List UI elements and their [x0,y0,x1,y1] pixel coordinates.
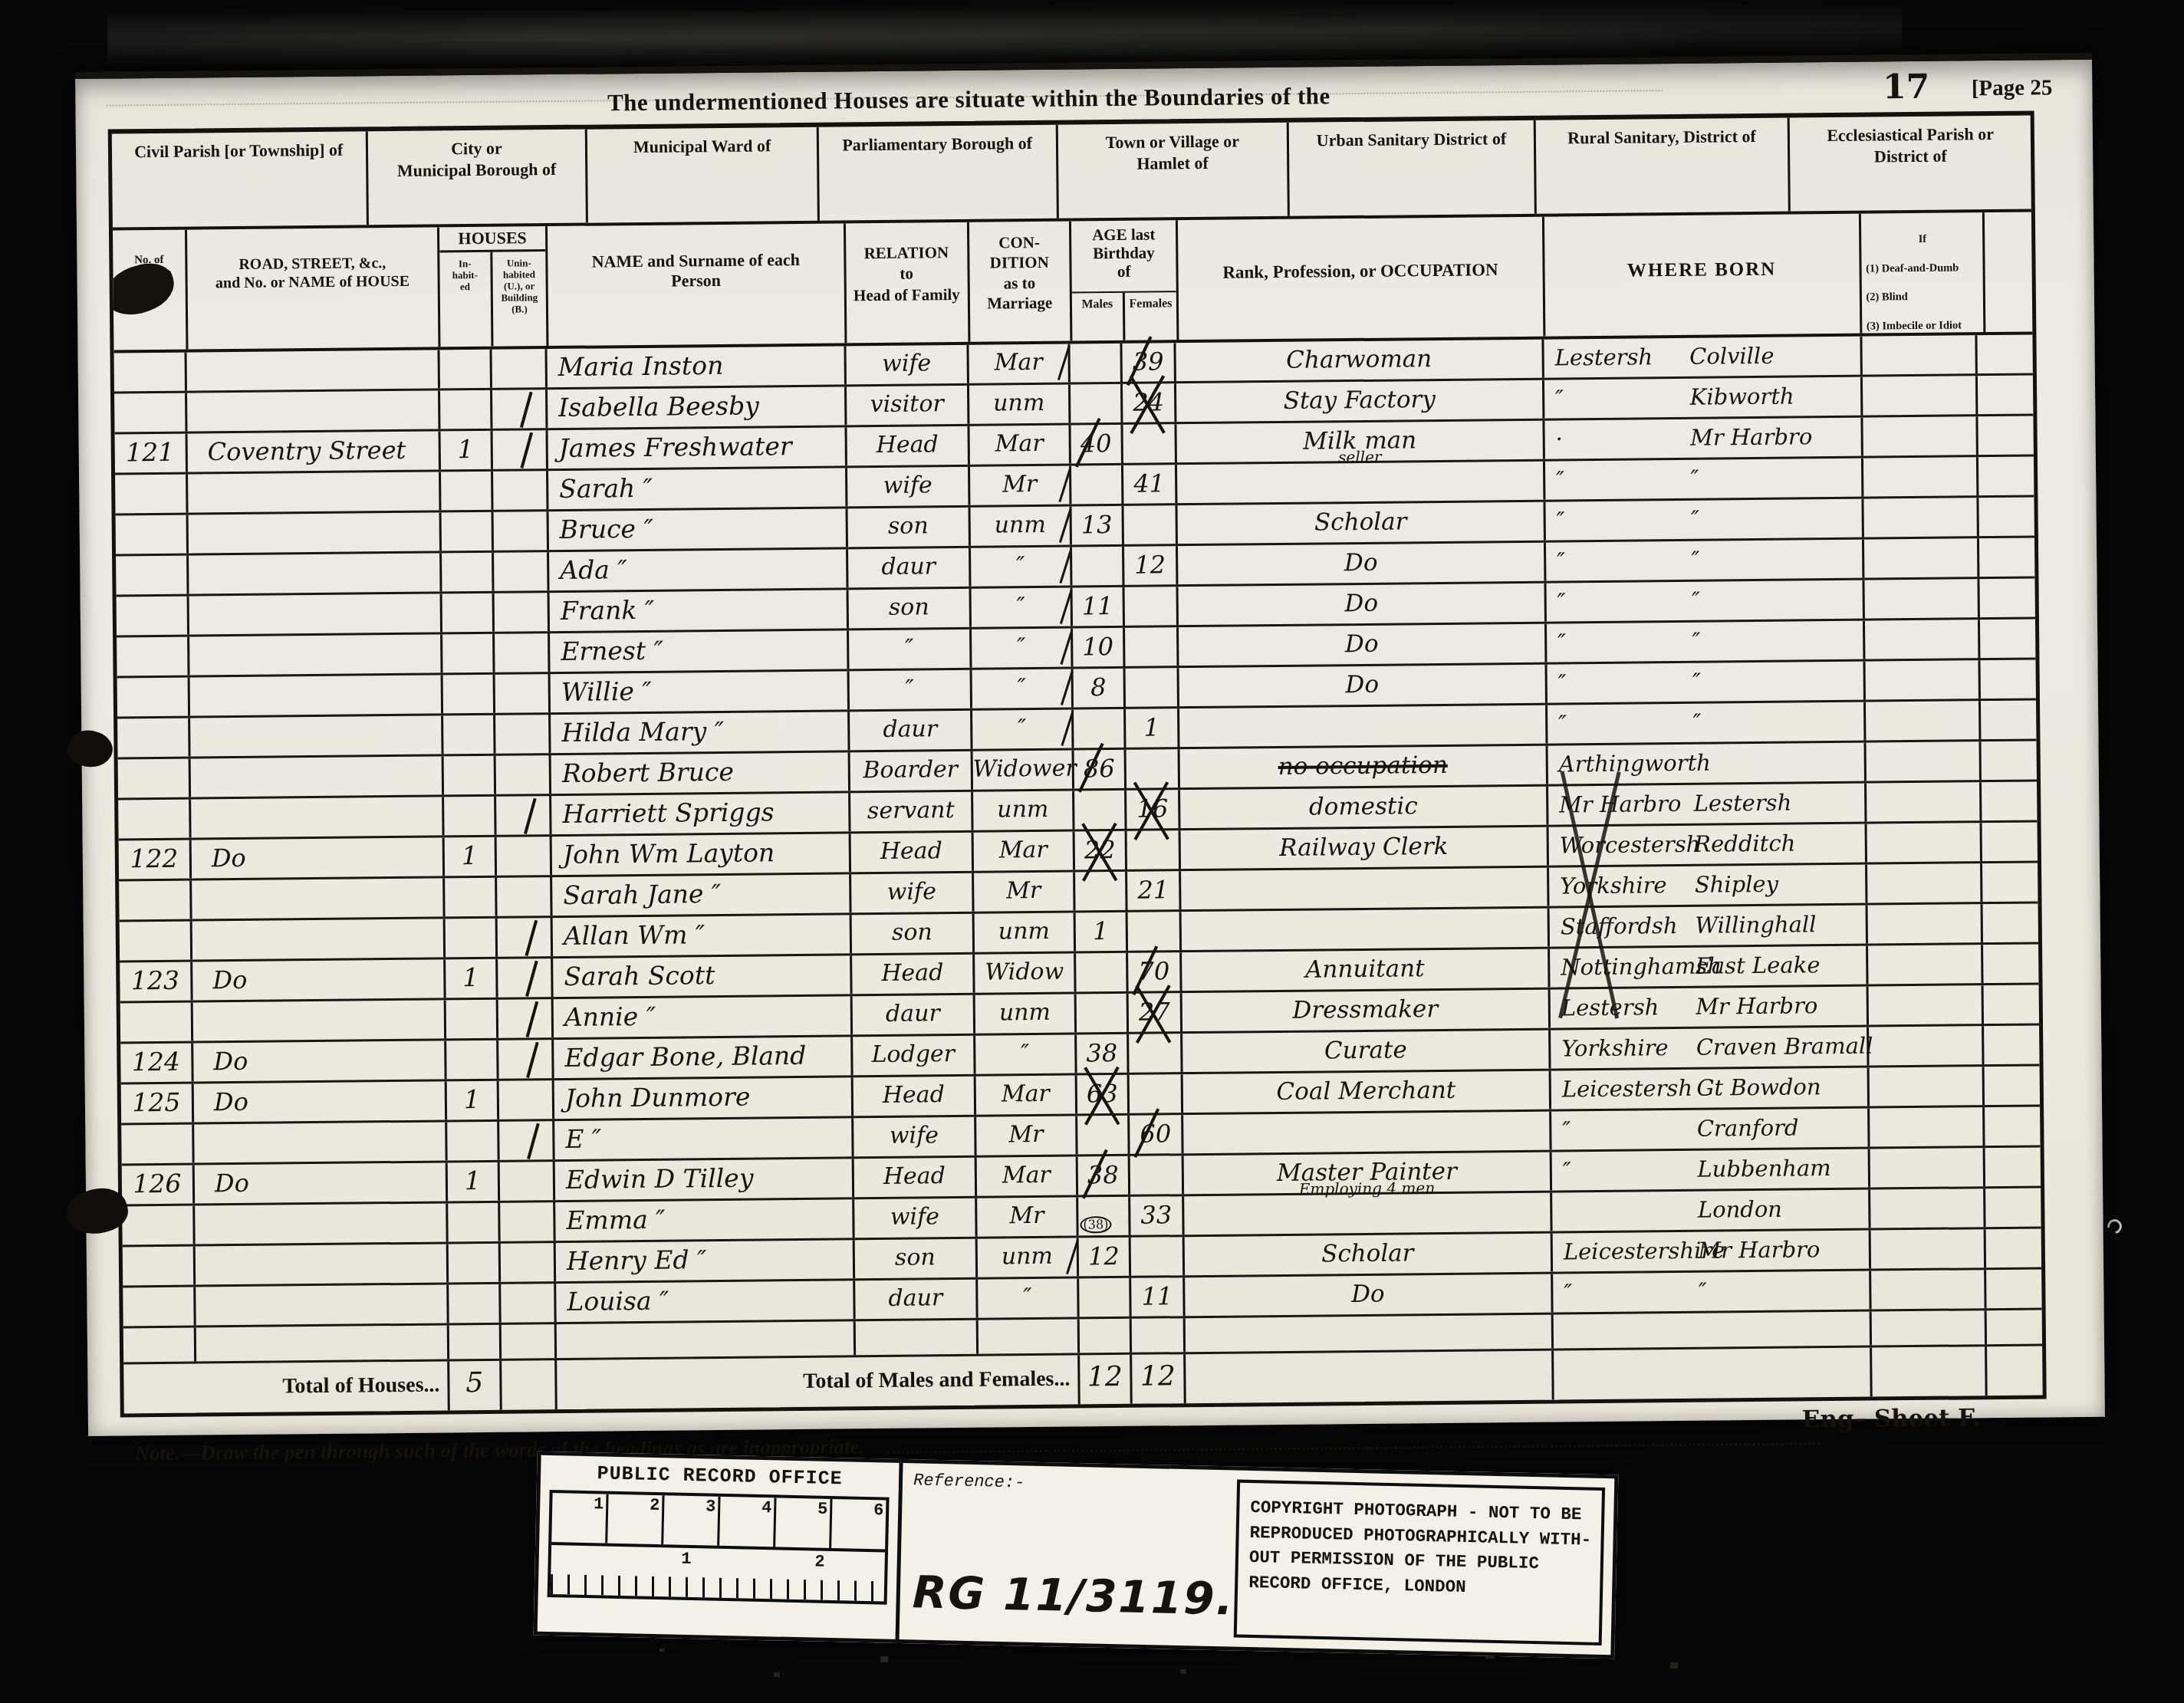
cell-uninhabited [494,552,549,591]
cell-occupation: no occupation [1180,746,1548,788]
cell-age-females [1127,830,1181,870]
cell-condition: Mar [976,1076,1077,1115]
cell-uninhabited [500,1202,555,1241]
born-county: ″ [1557,583,1565,620]
person-name: Sarah Jane ″ [563,879,721,910]
cell-relation: Head [852,955,975,995]
born-place: Shipley [1695,866,1779,903]
born-county: Yorkshire [1561,1029,1669,1067]
born-place: Mr Harbro [1690,418,1813,456]
header-houses-group: HOUSES In- habit- ed Unin- habited (U.),… [439,226,549,347]
cell-relation: Head [854,1158,977,1198]
cell-margin [1984,985,2031,1024]
cell-occupation: Coal Merchant [1183,1071,1551,1113]
cell-inhabited [446,1000,498,1039]
cell-age-males: 38 [1077,1034,1129,1073]
cell-schedule-number [123,1287,196,1327]
age-male-value: 86 [1084,754,1115,783]
footer-note-dots [887,1442,1820,1454]
born-place: Mr Harbro [1696,987,1818,1025]
cell-where-born: ″Lubbenham [1552,1149,1870,1191]
cell-relation: wife [847,467,970,507]
occupation-value: Coal Merchant [1276,1077,1455,1106]
cell-schedule-number: 124 [120,1044,193,1083]
cell-inhabited [444,797,496,836]
cell-condition: Mar [969,426,1071,465]
occupation-value: Dressmaker [1292,995,1438,1024]
cell-age-males [1074,791,1127,830]
cell-condition: Mar [977,1157,1078,1196]
header-where-born: WHERE BORN [1544,214,1861,337]
cell-relation: son [848,508,971,547]
header-dis-blind: (2) Blind [1866,289,1979,304]
cell-road [191,756,444,797]
cell-name: Louisa ″ [556,1281,855,1322]
cell-name: Frank ″ [550,590,849,631]
cell-age-males [1071,465,1123,505]
geo-box-town-village: Town or Village or Hamlet of [1057,123,1290,219]
total-females-value: 12 [1132,1354,1186,1404]
cell-age-females: 1 [1126,708,1179,748]
cell-condition: unm [978,1238,1079,1277]
cell-condition: Mr [970,466,1071,505]
cell-age-males: 10 [1073,628,1125,667]
cell-margin [1983,904,2031,943]
cell-uninhabited [498,958,553,998]
person-name: Edwin D Tilley [566,1163,754,1195]
cell-disabilities [1870,1188,1985,1228]
born-county: Staffordsh [1561,907,1678,945]
cell-age-females: 12 [1124,546,1178,585]
cell-age-females [1123,505,1177,544]
born-place: Willinghall [1695,906,1817,944]
pro-stamp-ruler-section: PUBLIC RECORD OFFICE 1 2 3 4 5 6 1 2 [538,1455,903,1639]
cell-name: Sarah Jane ″ [552,874,851,916]
age-male-value: 38 [1086,1038,1117,1067]
cell-disabilities [1868,904,1983,943]
cell-relation: daur [850,711,972,751]
cell-schedule-number [114,353,187,392]
cell-name: E ″ [554,1118,854,1159]
cell-uninhabited [495,593,550,632]
cell-occupation: Scholar [1177,502,1545,544]
cell-relation: Head [854,1077,976,1116]
cell-schedule-number [118,800,191,839]
cell-inhabited [442,634,495,673]
cell-name: John Wm Layton [552,833,851,875]
cell-disabilities [1865,660,1980,699]
cell-relation: ″ [850,670,972,710]
person-name: Robert Bruce [562,757,735,788]
cell-inhabited [445,878,497,917]
cell-uninhabited [492,349,547,388]
cell-relation: wife [846,345,969,385]
cell-age-males: 38 [1078,1156,1130,1195]
cell-margin [1984,1026,2031,1065]
total-margin-blank [1987,1346,2035,1396]
cell-age-females: 27 [1129,993,1182,1032]
cell-age-males [1071,384,1123,423]
cell-disabilities [1869,1026,1984,1065]
cell-inhabited: 1 [448,1162,500,1202]
cell-relation: wife [851,873,974,913]
person-name: Frank ″ [561,595,655,626]
cell-inhabited [449,1284,501,1323]
cell-road [193,1000,446,1041]
cell-age-males [1077,994,1129,1033]
cell-occupation [1182,909,1550,951]
cell-occupation: Master PainterEmploying 4 men [1184,1152,1552,1195]
occupation-value: Annuitant [1305,955,1425,983]
cell-occupation: Do [1178,543,1546,585]
born-place: London [1698,1191,1783,1228]
cell-uninhabited [496,796,551,835]
cell-disabilities [1866,701,1981,740]
cell-road [192,878,445,919]
cell-occupation: Curate [1182,1031,1551,1073]
cell-age-females: 24 [1123,383,1176,422]
ruler-number-5: 5 [817,1500,828,1519]
cell-occupation: Annuitant [1182,949,1550,991]
cell-name: Ada ″ [549,549,848,590]
cell-occupation: Do [1179,665,1548,707]
cell-where-born: ″″ [1553,1271,1871,1313]
born-county: ″ [1557,542,1565,579]
header-name: NAME and Surname of each Person [548,223,847,346]
age-female-value: 12 [1134,550,1166,579]
header-age-females: Females [1125,292,1177,340]
person-name: John Wm Layton [563,837,775,870]
total-occ-blank [1186,1351,1554,1404]
geo-box-parliamentary-borough: Parliamentary Borough of [819,125,1059,221]
cell-age-males [1077,1116,1130,1155]
cell-age-males [1072,547,1124,586]
cell-margin [1979,538,2027,577]
header-dis-deaf: (1) Deaf-and-Dumb [1866,261,1979,276]
cell-condition: Widow [975,954,1076,993]
cell-margin [1986,1270,2034,1309]
cell-disabilities [1862,335,1977,374]
pro-stamp-copyright-box: COPYRIGHT PHOTOGRAPH - NOT TO BE REPRODU… [1234,1480,1605,1645]
cell-road [196,1244,449,1284]
cell-road: Do [192,959,446,1000]
cell-name: James Freshwater [548,427,847,468]
age-female-value: 33 [1140,1200,1172,1229]
cell-road [189,553,442,593]
cell-relation: Lodger [853,1036,975,1076]
age-male-value: 12 [1088,1241,1120,1271]
cell-age-males [1075,872,1127,911]
cell-inhabited [442,593,495,633]
total-males-females-label: Total of Males and Females... [557,1356,1080,1410]
total-born-blank [1554,1348,1873,1400]
person-name: Annie ″ [564,1001,656,1032]
cell-occupation: Railway Clerk [1181,827,1549,870]
cell-where-born: NottinghamshEast Leake [1550,946,1868,988]
cell-condition: ″ [971,547,1072,587]
cell-uninhabited [492,390,548,429]
geo-box-urban-sanitary: Urban Sanitary District of [1289,120,1537,216]
ruler-number-6: 6 [873,1501,884,1520]
geo-box-civil-parish: Civil Parish [or Township] of [112,131,369,227]
cell-age-females [1125,627,1179,666]
cell-uninhabited [494,511,549,551]
cell-road: Do [193,1041,446,1081]
cell-condition: Mr [977,1198,1078,1237]
cell-name: Maria Inston [547,346,846,387]
cell-disabilities [1864,538,1979,577]
cell-margin [1981,741,2028,781]
cell-age-males: (38) [1078,1197,1130,1236]
cell-name: Ernest ″ [550,630,849,672]
cell-margin [1985,1148,2033,1187]
cell-margin [1980,620,2028,659]
cell-inhabited: 1 [446,959,498,998]
person-name: Allan Wm ″ [564,919,706,951]
born-place: East Leake [1696,946,1821,985]
cell-schedule-number [122,1206,195,1245]
cell-schedule-number: 123 [120,962,192,1001]
cell-inhabited [440,350,492,389]
born-place: Gt Bowdon [1696,1068,1821,1106]
occupation-value: Stay Factory [1283,386,1436,415]
cell-name: Edwin D Tilley [555,1159,854,1200]
born-county: · [1555,420,1563,457]
cell-where-born: YorkshireShipley [1549,865,1867,906]
occupation-value: Do [1345,671,1379,699]
reference-number: RG 11/3119. [912,1566,1235,1625]
born-place: ″ [1693,704,1702,741]
total-uninhabited-blank [502,1360,558,1410]
cell-uninhabited [499,1121,554,1160]
cell-condition: Mar [969,344,1070,383]
cell-name: Robert Bruce [551,752,850,794]
born-place: Mr Harbro [1698,1231,1821,1269]
cell-occupation [1177,462,1545,504]
cell-condition: unm [971,507,1072,546]
cell-condition: unm [973,791,1074,830]
cell-margin [1982,863,2030,902]
born-place: ″ [1691,501,1699,538]
cell-uninhabited [497,877,552,916]
occupation-value: Do [1345,630,1379,658]
cell-age-females [1130,1074,1183,1113]
folio-number: 17 [1883,67,1930,107]
page-number-label: [Page 25 [1972,75,2053,101]
header-occupation: Rank, Profession, or OCCUPATION [1178,217,1545,340]
cell-where-born: ″Kibworth [1544,377,1863,419]
person-name: Maria Inston [558,350,724,382]
cell-occupation: domestic [1180,787,1548,829]
cell-schedule-number: 126 [122,1165,195,1205]
cell-condition: Mr [974,873,1075,912]
ruler-number-4: 4 [761,1498,772,1517]
occupation-value: Do [1351,1281,1385,1308]
cell-road [188,472,441,512]
person-name: Bruce ″ [560,514,653,544]
cell-schedule-number [120,922,192,961]
person-name: Sarah ″ [559,473,653,504]
cell-margin [1978,457,2026,496]
cell-disabilities [1868,945,1983,984]
cell-disabilities [1871,1229,1986,1268]
cell-schedule-number [117,718,190,758]
cell-margin [1981,701,2028,740]
cell-disabilities [1870,1148,1985,1187]
cell-uninhabited [495,674,551,713]
cell-schedule-number: 125 [121,1084,194,1123]
cell-disabilities [1867,741,1982,781]
header-inhabited: In- habit- ed [439,252,493,347]
cell-name: Emma ″ [555,1199,854,1241]
cell-margin [1985,1107,2032,1146]
cell-age-females [1126,668,1179,707]
cell-uninhabited [497,837,552,876]
census-sheet: The undermentioned Houses are situate wi… [75,53,2105,1436]
cell-where-born: ″″ [1548,702,1866,744]
cell-where-born: LestershColville [1544,337,1862,378]
cell-name: Allan Wm ″ [553,915,852,956]
cell-disabilities [1863,416,1978,455]
pro-ruler: 1 2 3 4 5 6 1 2 [548,1490,890,1605]
age-female-value: 39 [1133,347,1164,376]
column-header-row: No. of Schedule ROAD, STREET, &c., and N… [113,212,2032,353]
cell-schedule-number [118,759,191,798]
pro-stamp: PUBLIC RECORD OFFICE 1 2 3 4 5 6 1 2 Ref… [534,1451,1619,1659]
cell-age-males: 86 [1074,750,1127,789]
born-place: ″ [1692,582,1700,619]
cell-road: Do [194,1081,447,1122]
cell-relation: visitor [847,386,969,426]
cell-road [187,390,440,431]
age-male-value: 10 [1082,632,1113,661]
cell-occupation: Milk manseller [1176,421,1544,463]
cell-age-females: 70 [1128,952,1182,991]
cell-age-males: 22 [1075,831,1127,870]
header-age-group: AGE last Birthday of Males Females [1071,220,1179,340]
cell-name: Sarah ″ [548,468,847,509]
cell-disabilities [1865,620,1980,659]
cell-inhabited [446,1041,498,1080]
geo-box-municipal-borough: City or Municipal Borough of [367,130,588,225]
cell-age-females: 21 [1127,871,1181,910]
cell-margin [1983,945,2031,984]
cell-road [191,797,444,837]
born-place: Kibworth [1689,378,1794,416]
cell-occupation [1179,705,1548,748]
cell-relation: wife [854,1117,976,1157]
age-female-value: 16 [1136,794,1168,823]
occupation-value: domestic [1309,792,1418,820]
header-dis-imbecile: (3) Imbecile or Idiot [1867,318,1980,334]
cell-margin [1985,1188,2033,1228]
cell-relation: daur [848,548,971,588]
cell-where-born: YorkshireCraven Bramall [1551,1027,1869,1069]
cell-age-females: 39 [1122,343,1176,382]
cell-disabilities [1867,782,1982,821]
born-place: Cranford [1697,1109,1799,1146]
person-name: Hilda Mary ″ [561,716,724,748]
cell-where-born: LestershMr Harbro [1551,987,1869,1028]
person-name: Isabella Beesby [558,390,759,422]
cell-where-born: ″″ [1546,540,1864,581]
cell-name: Isabella Beesby [548,386,847,428]
cell-margin [1978,376,2025,415]
born-county: ″ [1557,623,1566,660]
cell-margin [1986,1229,2034,1268]
cell-inhabited [447,1122,499,1161]
header-road: ROAD, STREET, &c., and No. or NAME of HO… [187,227,441,349]
cell-where-born: Arthingworth [1548,743,1867,784]
age-female-value: 41 [1133,468,1165,498]
cell-schedule-number [116,556,189,595]
cell-inhabited [442,553,494,592]
geo-box-municipal-ward: Municipal Ward of [587,127,820,223]
cell-disabilities [1863,498,1978,537]
cell-margin [1978,498,2026,537]
occupation-value: Do [1344,549,1378,577]
cell-age-males: 13 [1071,506,1123,545]
born-place: Redditch [1694,825,1795,863]
cell-uninhabited [493,430,548,469]
person-name: Willie ″ [561,676,652,707]
person-name: Sarah Scott [564,960,715,991]
born-county: ″ [1564,1274,1572,1310]
cell-age-males [1070,344,1122,383]
born-county: Lestersh [1554,338,1653,376]
age-female-value: 27 [1139,997,1170,1026]
cell-relation: son [849,589,972,629]
cell-age-females [1129,1034,1182,1073]
cell-road: Do [195,1162,448,1203]
total-males-value: 12 [1080,1355,1133,1405]
cell-relation: servant [850,792,973,832]
cell-uninhabited [498,1040,554,1079]
header-uninhabited: Unin- habited (U.), or Building (B.) [492,252,547,347]
photo-speckles [659,1649,664,1652]
cell-age-females: 60 [1130,1115,1183,1154]
age-female-value: 70 [1138,956,1169,985]
ruler-number-1: 1 [594,1494,604,1514]
born-county: Lestersh [1561,988,1659,1026]
cell-age-females: 11 [1131,1277,1185,1317]
cell-relation: Head [847,426,969,466]
cell-name: Hilda Mary ″ [551,712,850,753]
cell-schedule-number [117,678,190,717]
cell-road: Coventry Street [188,431,441,472]
cell-road [195,1203,448,1244]
person-name: John Dunmore [565,1082,751,1113]
cell-relation: Head [851,833,974,873]
person-name: Louisa ″ [567,1286,669,1317]
cell-age-males [1074,709,1126,748]
cell-condition: Mr [976,1116,1077,1156]
cell-condition: unm [969,385,1071,424]
person-name: Ada ″ [560,554,627,585]
cell-occupation: Do [1179,624,1547,666]
cell-occupation [1183,1112,1551,1154]
born-county: Leicestersh [1562,1070,1693,1108]
cell-age-females [1128,912,1182,951]
cell-road [190,715,443,756]
occupation-value: Charwoman [1286,345,1432,374]
cell-relation: daur [855,1280,978,1320]
cell-where-born: Mr HarbroLestersh [1548,784,1867,825]
cell-condition: ″ [972,588,1073,627]
ruler-number-3: 3 [706,1497,716,1516]
cell-disabilities [1864,579,1979,618]
cell-margin [1977,335,2024,374]
